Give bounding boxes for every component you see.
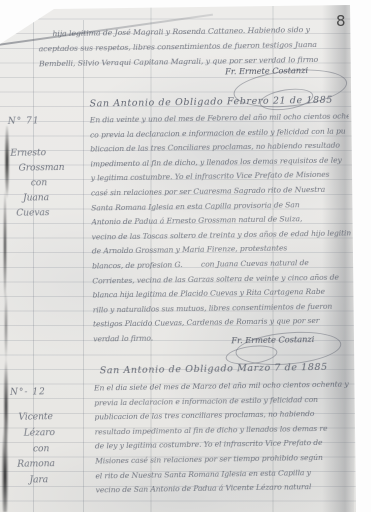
- margin-name: Jara: [15, 474, 87, 491]
- entry-margin-names: VicenteLézaroconRamonaJara: [14, 411, 87, 491]
- margin-name: Ramona: [15, 458, 87, 475]
- margin-name: Juana: [11, 192, 83, 208]
- entry-body: En el dia siete del mes de Marzo del año…: [94, 379, 354, 500]
- margin-name: con: [11, 177, 83, 193]
- margin-name: Grossman: [10, 162, 82, 178]
- body-line: vecino de San Antonio de Padua á Vicente…: [96, 482, 354, 501]
- margin-name: Ernesto: [10, 147, 82, 163]
- entry-margin-names: ErnestoGrossmanconJuanaCuevas: [10, 147, 83, 223]
- page-content: hija legitima de José Magrali y Rosenda …: [0, 0, 371, 512]
- margin-name: Vicente: [14, 411, 86, 428]
- entry-body: En dia veinte y uno del mes de Febrero d…: [90, 111, 353, 349]
- binding-shadow: [0, 126, 14, 512]
- scanned-register-page: hija legitima de José Magrali y Rosenda …: [0, 0, 371, 512]
- margin-name: con: [15, 442, 87, 459]
- margin-number: N°- 12: [10, 387, 46, 398]
- page-number: 8: [336, 12, 346, 30]
- margin-name: Lézaro: [15, 426, 87, 443]
- margin-name: Cuevas: [11, 207, 83, 223]
- entry-heading: San Antonio de Obligado Marzo 7 de 1885: [100, 362, 328, 377]
- scanned-register-scan: hija legitima de José Magrali y Rosenda …: [0, 0, 371, 512]
